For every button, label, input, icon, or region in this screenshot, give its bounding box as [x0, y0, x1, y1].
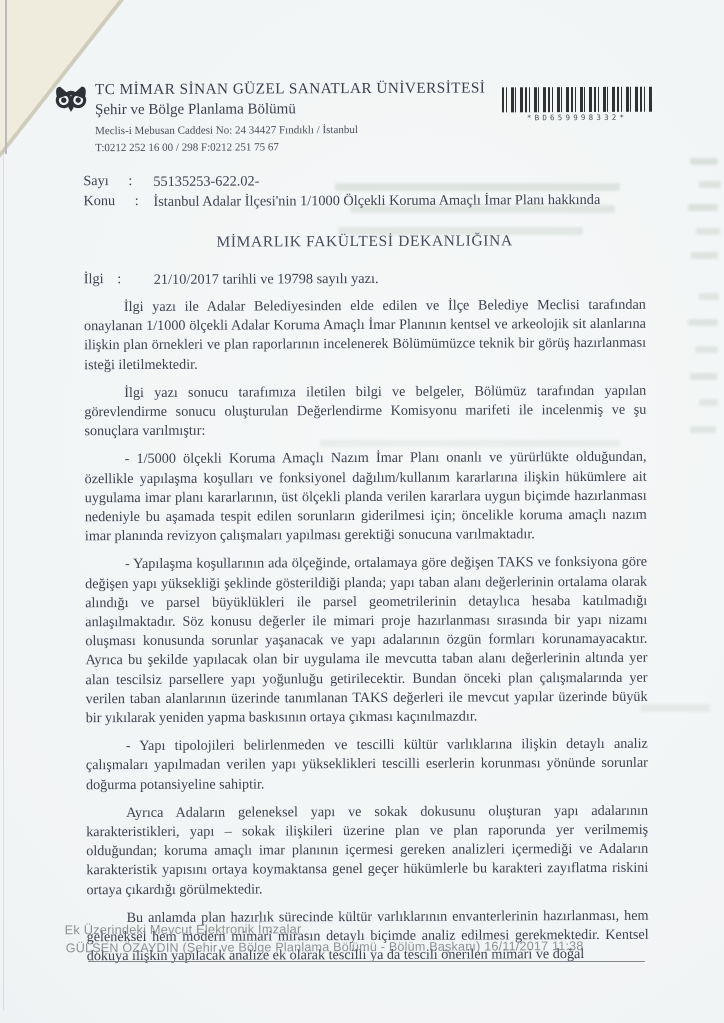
- university-name: TC MİMAR SİNAN GÜZEL SANATLAR ÜNİVERSİTE…: [95, 79, 485, 99]
- bleed-through-artifact: [699, 181, 721, 188]
- letter-body: İlgi yazı ile Adalar Belediyesinden elde…: [84, 296, 649, 976]
- ilgi-row: İlgi : 21/10/2017 tarihli ve 19798 sayıl…: [84, 270, 379, 290]
- ilgi-label: İlgi :: [84, 271, 154, 290]
- sayi-label: Sayı :: [83, 173, 153, 190]
- bleed-through-artifact: [691, 252, 718, 259]
- last-paragraph-with-signature-overlay: Bu anlamda plan hazırlık sürecinde kültü…: [87, 907, 649, 967]
- barcode: *BD659998332*: [502, 87, 652, 123]
- ilgi-value: 21/10/2017 tarihli ve 19798 sayılı yazı.: [154, 270, 379, 289]
- paragraph: İlgi yazı ile Adalar Belediyesinden elde…: [84, 296, 646, 375]
- electronic-signature-note: Ek Üzerindeki Mevcut Elektronik İmzalar: [65, 919, 302, 939]
- bleed-through-artifact: [690, 426, 716, 433]
- barcode-bars: [502, 87, 652, 113]
- bleed-through-artifact: [688, 319, 718, 326]
- department-name: Şehir ve Bölge Planlama Bölümü: [95, 100, 485, 119]
- bleed-through-artifact: [696, 228, 720, 235]
- paragraph: - 1/5000 ölçekli Koruma Amaçlı Nazım İma…: [85, 448, 647, 546]
- electronic-signature-signer: GÜLŞEN ÖZAYDIN (Şehir ve Bölge Planlama …: [66, 937, 584, 958]
- letter-content: TC MİMAR SİNAN GÜZEL SANATLAR ÜNİVERSİTE…: [0, 0, 724, 1023]
- owl-logo-icon: [53, 83, 89, 115]
- letterhead: TC MİMAR SİNAN GÜZEL SANATLAR ÜNİVERSİTE…: [95, 79, 486, 154]
- footer-rule: [88, 961, 645, 962]
- bleed-through-artifact: [699, 293, 719, 300]
- bleed-through-artifact: [690, 158, 718, 165]
- bleed-through-artifact: [320, 440, 620, 447]
- sayi-value: 55135253-622.02-: [153, 172, 259, 191]
- bleed-through-artifact: [695, 346, 718, 353]
- scanned-letter-page: TC MİMAR SİNAN GÜZEL SANATLAR ÜNİVERSİTE…: [0, 0, 724, 1023]
- bleed-through-artifact: [350, 205, 615, 213]
- address-line: Meclis-i Mebusan Caddesi No: 24 34427 Fı…: [95, 123, 485, 137]
- bleed-through-artifact: [688, 204, 718, 211]
- bleed-through-artifact: [640, 704, 710, 712]
- bleed-through-artifact: [335, 183, 620, 191]
- bleed-through-artifact: [699, 399, 718, 406]
- paragraph: Ayrıca Adaların geleneksel yapı ve sokak…: [86, 802, 648, 900]
- phone-fax-line: T:0212 252 16 00 / 298 F:0212 251 75 67: [95, 140, 485, 154]
- barcode-text: *BD659998332*: [502, 113, 652, 123]
- paragraph: - Yapılaşma koşullarının ada ölçeğinde, …: [85, 553, 648, 728]
- konu-label: Konu :: [83, 192, 153, 209]
- paragraph: İlgi yazı sonucu tarafımıza iletilen bil…: [84, 382, 646, 442]
- bleed-through-artifact: [338, 227, 583, 235]
- paragraph: - Yapı tipolojileri belirlenmeden ve tes…: [86, 735, 648, 795]
- bleed-through-artifact: [690, 373, 717, 380]
